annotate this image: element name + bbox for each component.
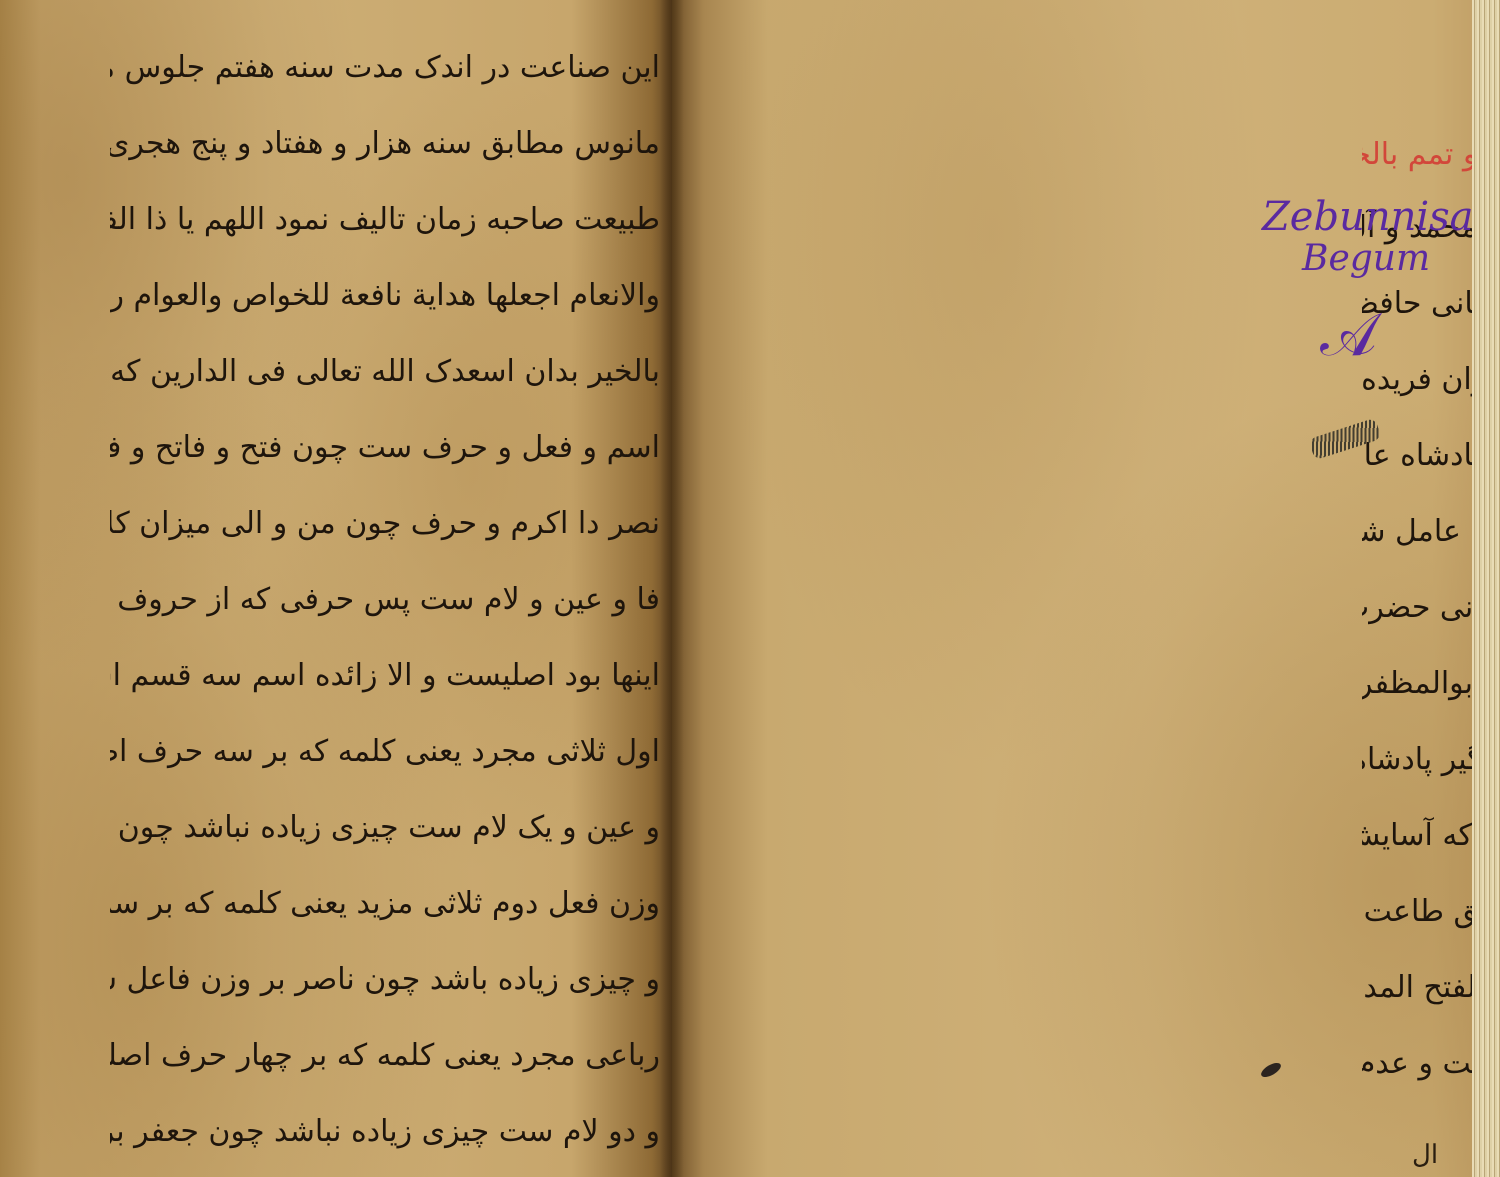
text-line: که ماحی بدعت و محیی سنت عالم عامل شجاع (1362, 494, 1472, 570)
annotation-line-1: Zebunnisa (1262, 195, 1462, 239)
book-gutter (660, 0, 684, 1177)
annotation-line-2: Begum (1262, 239, 1462, 279)
text-line: زنده دار • فقیر باب الله الغنی ابوالفتح … (1362, 950, 1472, 1026)
text-line: بسی بر سر خلق پاینده دار • بتوفیق طاعت د… (1362, 874, 1472, 950)
rubric-closing: و تمم بالخیر (1362, 137, 1472, 172)
text-line: و دو لام ست چیزی زیاده نباشد چون جعفر بر… (110, 1094, 660, 1170)
text-line: و چیزی زیاده باشد چون ناصر بر وزن فاعل س… (110, 942, 660, 1018)
text-line: نصر دا اکرم و حرف چون من و الی میزان کلا… (110, 486, 660, 562)
text-line: اول ثلاثی مجرد یعنی کلمه که بر سه حرف اص… (110, 714, 660, 790)
basmala-heading: رب یسر بسم الله الرحمن الرحیم و تمم بالخ… (1362, 120, 1472, 190)
text-line: طبیعت صاحبه زمان تالیف نمود اللهم یا ذا … (110, 182, 660, 258)
text-line: خدایا تو این شاه درویش دوست • که آسایش خ… (1362, 798, 1472, 874)
catchword: ال (1412, 1140, 1438, 1170)
text-line: الدین محمد اورنگ زیب بهادر عالمگیر پادشا… (1362, 722, 1472, 798)
page-edges (1472, 0, 1500, 1177)
left-page-text: این صناعت در اندک مدت سنه هفتم جلوس میمن… (110, 30, 660, 1170)
margin-annotation: Zebunnisa Begum (1262, 195, 1462, 279)
left-page: این صناعت در اندک مدت سنه هفتم جلوس میمن… (0, 0, 672, 1177)
text-line: باسل جواد دعا دل ظل ظلیل سبحانی حضرت خلی… (1362, 570, 1472, 646)
text-line: بانوی بانوان جهانی زیب النساء دوران فرید… (1362, 342, 1472, 418)
text-line: وزن فعل دوم ثلاثی مزید یعنی کلمه که بر س… (110, 866, 660, 942)
text-line: فا و عین و لام ست پس حرفی که از حروف کلم… (110, 562, 660, 638)
text-line: مانوس مطابق سنه هزار و هفتاد و پنج هجری … (110, 106, 660, 182)
signature-mark: 𝒜 (1320, 300, 1377, 370)
manuscript-spread: این صناعت در اندک مدت سنه هفتم جلوس میمن… (0, 0, 1500, 1177)
text-line: والانعام اجعلها هدایة نافعة للخواص والعو… (110, 258, 660, 334)
text-line: و عین و یک لام ست چیزی زیاده نباشد چون ن… (110, 790, 660, 866)
text-line: بالخیر بدان اسعدک الله تعالی فی الدارین … (110, 334, 660, 410)
text-line: این صناعت در اندک مدت سنه هفتم جلوس میمن… (110, 30, 660, 106)
text-line: هدایة الصرف را با وجود قلت بضاعت و عدم ک… (1362, 1026, 1472, 1102)
right-page: رب یسر بسم الله الرحمن الرحیم و تمم بالخ… (672, 0, 1472, 1177)
text-line: رباعی مجرد یعنی کلمه که بر چهار حرف اصلی… (110, 1018, 660, 1094)
text-line: اسم و فعل و حرف ست چون فتح و فاتح و فعل … (110, 410, 660, 486)
text-line: الرحمانی صاحب الفتوح والمغازی ابوالمظفر … (1362, 646, 1472, 722)
text-line: اینها بود اصلیست و الا زائده اسم سه قسم … (110, 638, 660, 714)
